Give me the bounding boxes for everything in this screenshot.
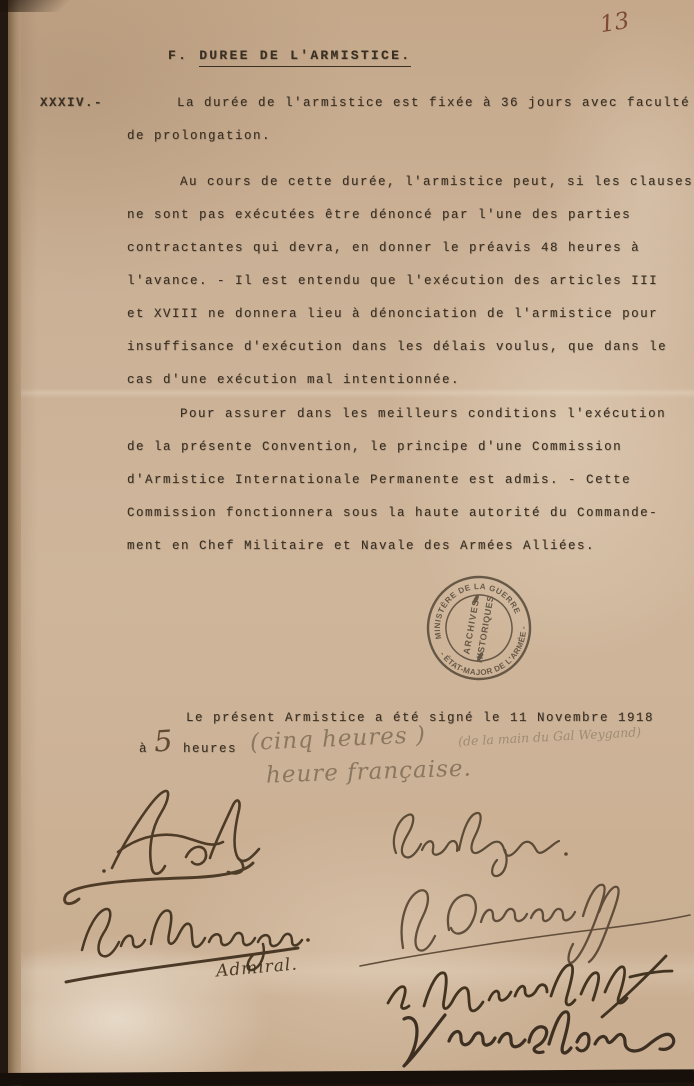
para2-line2: ne sont pas exécutées être dénoncé par l… — [127, 208, 631, 223]
para3-line4: Commission fonctionnera sous la haute au… — [127, 506, 658, 521]
section-heading: F.DUREE DE L'ARMISTICE. — [168, 48, 411, 63]
book-page-edge — [8, 0, 21, 1086]
para2-line3: contractantes qui devra, en donner le pr… — [127, 241, 640, 256]
typed-a: à — [139, 742, 148, 757]
handwritten-hour: 5 — [153, 723, 174, 758]
para3-line2: de la présente Convention, le principe d… — [127, 440, 622, 455]
section-title: DUREE DE L'ARMISTICE. — [199, 48, 411, 67]
para3-line1: Pour assurer dans les meilleurs conditio… — [180, 407, 666, 422]
typed-heures: heures — [183, 742, 237, 757]
corner-shadow — [0, 0, 90, 12]
document-scan: 13 F.DUREE DE L'ARMISTICE. XXXIV.- La du… — [0, 0, 694, 1086]
binding-edge-left — [0, 0, 8, 1086]
para2-line4: l'avance. - Il est entendu que l'exécuti… — [127, 274, 658, 289]
para2-line6: insuffisance d'exécution dans les délais… — [127, 340, 667, 355]
para1-line1: La durée de l'armistice est fixée à 36 j… — [177, 96, 690, 111]
page-number: 13 — [598, 8, 631, 38]
binding-edge-bottom — [0, 1069, 694, 1086]
para2-line1: Au cours de cette durée, l'armistice peu… — [180, 175, 693, 190]
para3-line3: d'Armistice Internationale Permanente es… — [127, 473, 631, 488]
article-number: XXXIV.- — [40, 96, 103, 111]
para3-line5: ment en Chef Militaire et Navale des Arm… — [127, 539, 595, 554]
para2-line5: et XVIII ne donnera lieu à dénonciation … — [127, 307, 658, 322]
section-letter: F. — [168, 48, 188, 63]
para1-line2: de prolongation. — [127, 129, 271, 144]
para2-line7: cas d'une exécution mal intentionnée. — [127, 373, 460, 388]
paper-sheet — [8, 0, 694, 1073]
